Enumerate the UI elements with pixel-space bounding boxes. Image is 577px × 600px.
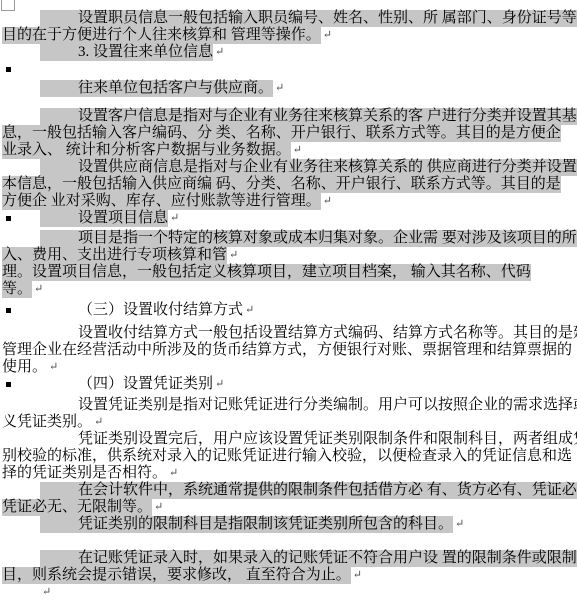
line-text: 本信息，一般包括输入供应商编 码、分类、名称、开户银行、联系方式等。其目的是 — [2, 176, 561, 193]
text-line[interactable]: 义凭证类别。↵ — [2, 414, 573, 431]
text-line[interactable]: 凭证必无、无限制等。↵ — [2, 499, 573, 516]
text-line[interactable]: 使用。↵ — [2, 359, 573, 376]
line-text: 管理企业在经营活动中所涉及的货币结算方式，方便银行对账、票据管理和结算票据的 — [2, 342, 572, 359]
line-text: 凭证类别的限制科目是指限制该凭证类别所包含的科目。 — [40, 516, 453, 533]
text-line[interactable]: 择的凭证类别是否相符。↵ — [2, 465, 573, 482]
paragraph-mark-icon: ↵ — [291, 142, 302, 159]
page-text[interactable]: 设置职员信息一般包括输入职员编号、姓名、性别、所 属部门、身份证号等，其目的在于… — [2, 10, 573, 600]
text-line[interactable]: 业录入、 统计和分析客户数据与业务数据。↵ — [2, 142, 573, 159]
line-text: （三）设置收付结算方式 — [40, 302, 243, 319]
paragraph-mark-icon: ↵ — [273, 80, 284, 97]
text-line[interactable]: 往来单位包括客户与供应商。↵ — [2, 80, 573, 97]
line-text: 目的在于方便进行个人往来核算和 管理等操作。 — [2, 27, 321, 44]
paragraph-mark-icon: ↵ — [92, 414, 103, 431]
line-text: 使用。 — [2, 359, 47, 376]
paragraph-mark-icon: ↵ — [321, 193, 332, 210]
paragraph-mark-icon: ↵ — [167, 465, 178, 482]
paragraph-mark-icon: ↵ — [243, 302, 254, 319]
line-text: （四）设置凭证类别 — [40, 376, 213, 393]
list-bullet-icon — [6, 308, 11, 313]
line-text: 3. 设置往来单位信息 — [40, 44, 213, 61]
paragraph-mark-icon: ↵ — [351, 567, 362, 584]
text-line[interactable]: 入、费用、支出进行专项核算和管↵ — [2, 247, 573, 264]
text-line[interactable]: 本信息，一般包括输入供应商编 码、分类、名称、开户银行、联系方式等。其目的是 — [2, 176, 573, 193]
paragraph-mark-icon: ↵ — [453, 516, 464, 533]
text-line[interactable]: 设置凭证类别是指对记账凭证进行分类编制。用户可以按照企业的需求选择或自定 — [2, 397, 573, 414]
line-text: 择的凭证类别是否相符。 — [2, 465, 167, 482]
text-line[interactable]: 目，则系统会提示错误，要求修改， 直至符合为止。↵ — [2, 567, 573, 584]
text-line[interactable]: （三）设置收付结算方式↵ — [2, 302, 573, 319]
text-line[interactable]: 设置收付结算方式一般包括设置结算方式编码、结算方式名称等。其目的是建立和 — [2, 325, 573, 342]
line-text: 等。 — [2, 281, 32, 298]
paragraph-mark-icon: ↵ — [152, 499, 163, 516]
paragraph-mark-icon: ↵ — [40, 584, 51, 600]
document-page[interactable]: 设置职员信息一般包括输入职员编号、姓名、性别、所 属部门、身份证号等，其目的在于… — [0, 0, 577, 600]
line-text: 理。设置项目信息，一般包括定义核算项目，建立项目档案， 输入其名称、代码 — [2, 264, 531, 281]
line-text: 别校验的标准，供系统对录入的记账凭证进行输入校验，以便检查录入的凭证信息和选 — [2, 448, 572, 465]
paragraph-mark-icon: ↵ — [32, 281, 43, 298]
paragraph-mark-icon: ↵ — [227, 247, 238, 264]
line-text: 目，则系统会提示错误，要求修改， 直至符合为止。 — [2, 567, 351, 584]
text-line[interactable]: 凭证类别设置完后，用户应该设置凭证类别限制条件和限制科目，两者组成凭证类 — [2, 431, 573, 448]
line-text: 设置职员信息一般包括输入职员编号、姓名、性别、所 属部门、身份证号等，其 — [40, 10, 577, 27]
paragraph-mark-icon: ↵ — [168, 210, 179, 227]
paragraph-mark-icon: ↵ — [321, 27, 332, 44]
line-text: 项目是指一个特定的核算对象或成本归集对象。企业需 要对涉及该项目的所有收 — [40, 230, 577, 247]
line-text: 设置客户信息是指对与企业有业务往来核算关系的客 户进行分类并设置其基本信 — [40, 108, 577, 125]
text-line[interactable]: 设置客户信息是指对与企业有业务往来核算关系的客 户进行分类并设置其基本信 — [2, 108, 573, 125]
text-line[interactable]: 设置供应商信息是指对与企业有业务往来核算关系的 供应商进行分类并设置其基 — [2, 159, 573, 176]
line-text: 凭证必无、无限制等。 — [2, 499, 152, 516]
line-text: 设置项目信息 — [40, 210, 168, 227]
text-line[interactable]: 管理企业在经营活动中所涉及的货币结算方式，方便银行对账、票据管理和结算票据的 — [2, 342, 573, 359]
line-text: 设置凭证类别是指对记账凭证进行分类编制。用户可以按照企业的需求选择或自定 — [40, 397, 577, 414]
paragraph-mark-icon: ↵ — [47, 359, 58, 376]
text-line[interactable]: 设置项目信息↵ — [2, 210, 573, 227]
text-line[interactable] — [2, 533, 573, 550]
line-text: 设置收付结算方式一般包括设置结算方式编码、结算方式名称等。其目的是建立和 — [40, 325, 577, 342]
text-line[interactable]: 目的在于方便进行个人往来核算和 管理等操作。↵ — [2, 27, 573, 44]
text-line[interactable]: （四）设置凭证类别↵ — [2, 376, 573, 393]
text-line[interactable]: 3. 设置往来单位信息↵ — [2, 44, 573, 61]
line-text: 业录入、 统计和分析客户数据与业务数据。 — [2, 142, 291, 159]
paragraph-mark-icon: ↵ — [213, 376, 224, 393]
line-text: 入、费用、支出进行专项核算和管 — [2, 247, 227, 264]
line-text: 方便企 业对采购、库存、应付账款等进行管理。 — [2, 193, 321, 210]
text-line[interactable]: 别校验的标准，供系统对录入的记账凭证进行输入校验，以便检查录入的凭证信息和选 — [2, 448, 573, 465]
text-line[interactable]: ↵ — [2, 584, 573, 600]
list-bullet-icon — [6, 67, 11, 72]
text-line[interactable]: 息，一般包括输入客户编码、分 类、名称、开户银行、联系方式等。其目的是方便企 — [2, 125, 573, 142]
line-text: 在会计软件中，系统通常提供的限制条件包括借方必 有、货方必有、凭证必有、 — [40, 482, 577, 499]
line-text: 在记账凭证录入时，如果录入的记账凭证不符合用户设 置的限制条件或限制科 — [40, 550, 577, 567]
text-line[interactable]: 凭证类别的限制科目是指限制该凭证类别所包含的科目。↵ — [2, 516, 573, 533]
text-line[interactable]: 等。↵ — [2, 281, 573, 298]
text-line[interactable]: 设置职员信息一般包括输入职员编号、姓名、性别、所 属部门、身份证号等，其 — [2, 10, 573, 27]
line-text: 凭证类别设置完后，用户应该设置凭证类别限制条件和限制科目，两者组成凭证类 — [40, 431, 577, 448]
line-text: 义凭证类别。 — [2, 414, 92, 431]
line-text: 设置供应商信息是指对与企业有业务往来核算关系的 供应商进行分类并设置其基 — [40, 159, 577, 176]
text-line[interactable]: 在记账凭证录入时，如果录入的记账凭证不符合用户设 置的限制条件或限制科 — [2, 550, 573, 567]
text-line[interactable] — [2, 61, 573, 78]
text-line[interactable]: 在会计软件中，系统通常提供的限制条件包括借方必 有、货方必有、凭证必有、 — [2, 482, 573, 499]
text-line[interactable]: 理。设置项目信息，一般包括定义核算项目，建立项目档案， 输入其名称、代码 — [2, 264, 573, 281]
list-bullet-icon — [6, 216, 11, 221]
list-bullet-icon — [6, 382, 11, 387]
text-line[interactable]: 方便企 业对采购、库存、应付账款等进行管理。↵ — [2, 193, 573, 210]
line-text: 息，一般包括输入客户编码、分 类、名称、开户银行、联系方式等。其目的是方便企 — [2, 125, 561, 142]
paragraph-mark-icon: ↵ — [213, 44, 224, 61]
text-line[interactable]: 项目是指一个特定的核算对象或成本归集对象。企业需 要对涉及该项目的所有收 — [2, 230, 573, 247]
line-text: 往来单位包括客户与供应商。 — [40, 80, 273, 97]
